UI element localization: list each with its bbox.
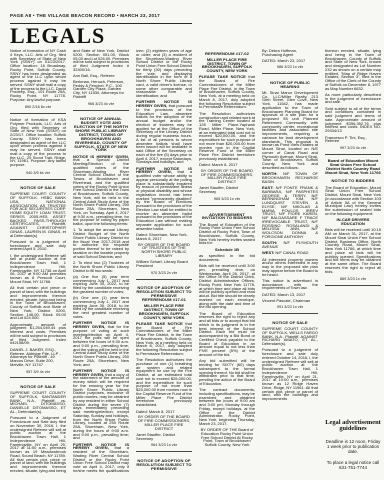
- notice-block-footer: 966 3/23 4x vbr: [73, 102, 129, 111]
- notice-block-heading: NOTICE TO BIDDERS: [325, 179, 381, 183]
- notice-block-body: Pursuant to a Judgment of Foreclosure an…: [10, 416, 66, 473]
- notice-block-body: FURTHER NOTICE IS HEREBY GIVEN, that for…: [73, 321, 129, 366]
- notice-block-heading: NOTICE OF PUBLIC HEARING: [262, 81, 318, 89]
- notice-block-signoff: Dated: Shoreham, New York, March 8, 2017: [136, 233, 192, 241]
- notice-block-signoff: Janet Stauffer, District Secretary: [199, 186, 255, 194]
- notice-block-heading: NOTICE OF SALE: [10, 186, 66, 190]
- legals-masthead-title: LEGALS: [10, 23, 105, 49]
- notice-block-signoff: Dated: March 8, 2017: [136, 410, 192, 414]
- notice-block-body: as specified in the bid documents.: [199, 254, 255, 262]
- notice-block-body: Approximate amount of judgment $1,254,04…: [10, 323, 66, 346]
- notice-block-body: Bids will be received until 3:00 pm, pre…: [199, 264, 255, 309]
- notice-block-footer: 964 3/23 1x vbr: [136, 443, 192, 452]
- notice-lead-phrase: NOTICE IS HEREBY GIVEN,: [73, 154, 129, 159]
- notice-block-body: PLEASE TAKE NOTICE that the Board of Fir…: [199, 75, 255, 109]
- notice-block-body: The contract documents, including specif…: [199, 388, 255, 426]
- notice-block-heading: NOTICE OF ANNUAL BUDGET VOTE AND ELECTIO…: [73, 117, 129, 152]
- legal-column-4: REFERENDUM #17-02MILLER PLACE FIRE DISTR…: [199, 49, 255, 473]
- notice-block-centerbold: IN-CAR DRIVERS EDUCATION: [325, 218, 381, 226]
- notice-block-footer: 889 3/23 1x vbr: [325, 277, 381, 286]
- notice-block-body: I, the undersigned Referee will sell at …: [10, 254, 66, 284]
- notice-block-body: All interested property owners and/or ot…: [262, 258, 318, 277]
- page-header: PAGE A8 • THE VILLAGE BEACON RECORD • MA…: [10, 13, 310, 18]
- legal-column-5: By: Debra Hoffman, Purchasing AgentDATED…: [262, 49, 318, 473]
- notice-lead-phrase: FURTHER NOTICE IS HEREBY GIVEN,: [136, 99, 192, 108]
- notice-block-body: (b) One one (1) year term commencing Jul…: [73, 296, 129, 319]
- notice-block-body: Pursuant to a judgment of foreclosure an…: [262, 348, 318, 401]
- notice-block-body: izen; (2) eighteen years of age or older…: [136, 49, 192, 98]
- notice-block-center: BY ORDER OF THE BOARD OF FIRE COMMISSION…: [199, 169, 255, 184]
- notice-block-body: Any bid submitted will be binding for SI…: [199, 359, 255, 385]
- notice-block-signoff: Francesco P. Tini, Esq., Referee: [325, 136, 381, 144]
- notice-lead-phrase: FURTHER NOTICE IS HEREBY GIVEN,: [73, 320, 129, 329]
- notice-block-body: Bids will be received until 10:15 AM on …: [325, 228, 381, 273]
- notice-block-body: Pursuant to a judgment of foreclosure an…: [10, 240, 66, 251]
- notice-block-body: Notice of formation of KSA Polymer Produ…: [10, 118, 66, 167]
- notice-block-body: FURTHER NOTICE IS HEREBY GIVEN, that a r…: [73, 443, 129, 473]
- notice-block-footer: 890 2/16 6x vbr: [10, 105, 66, 114]
- notice-block-signoff: Dated: March 8, 2017: [199, 163, 255, 167]
- notice-block-signoff: By: Debra Hoffman, Purchasing Agent: [262, 49, 318, 57]
- notice-block-body: As more particularly described in the ju…: [325, 93, 381, 104]
- notice-block-heading: NOTICE OF SALE: [262, 321, 318, 325]
- legal-notice-columns: Notice of formation of NY Cash 4 Keys, L…: [10, 49, 382, 473]
- notice-block-body: Notice of formation of NY Cash 4 Keys, L…: [10, 49, 66, 102]
- legal-guidelines-title: Legal advertisement guidelines: [325, 414, 381, 433]
- notice-block-centerbold: Schedule 1B: [199, 248, 255, 252]
- notice-block-footer: 940 3/9 6x vbr: [10, 171, 66, 180]
- notice-block-heading: REFERENDUM #17-02: [199, 52, 255, 56]
- notice-block-footer: 986 3/23 1x vbr: [262, 65, 318, 74]
- notice-lead-phrase: FURTHER NOTICE IS HEREBY GIVEN,: [136, 166, 192, 175]
- notice-block-body: The Resolution authorizes construction a…: [199, 112, 255, 161]
- notice-block-subhead: MILLER PLACE FIRE DISTRICT, TOWN OF BROO…: [199, 58, 255, 74]
- notice-block-body: 1. To adopt the annual Library District …: [73, 228, 129, 258]
- notice-lead-phrase: FURTHER NOTICE IS HEREBY GIVEN,: [73, 368, 129, 377]
- notice-lead-phrase: EAST:: [262, 185, 276, 190]
- notice-block-center: BY ORDER OF THE BOARD OF FIRE COMMISSION…: [136, 415, 192, 430]
- notice-block-body: All that certain plot piece or parcel of…: [10, 286, 66, 320]
- notice-block-body: The Board of Education, Mount Sinai Unio…: [325, 186, 381, 216]
- legal-guidelines-text: Deadline is 12 noon, Friday 1 week prior…: [325, 439, 381, 454]
- notice-block-body: SUPREME COURT COUNTY OF SUFFOLK, SANTAND…: [10, 391, 66, 414]
- notice-block-body: This notice is advertised in accordance …: [262, 279, 318, 290]
- notice-block-signoff: Ann Ball, Esq., Referee: [73, 74, 129, 78]
- notice-block-subhead: Board of Education Mount Sinai Union Fre…: [325, 159, 381, 175]
- notice-block-body: NORTH: N/F TOWN OF BROOKHAVEN RECHARGE B…: [262, 172, 318, 183]
- notice-block-body: 2. To elect two (2) Trustees of the Nort…: [73, 261, 129, 272]
- notice-block-body: thereon erected, situate, lying and bein…: [325, 49, 381, 90]
- notice-block-body: NOTICE IS HEREBY GIVEN, that a Special D…: [73, 155, 129, 226]
- notice-block-body: FURTHER NOTICE IS HEREBY GIVEN, that a q…: [136, 167, 192, 231]
- notice-lead-phrase: WEST:: [262, 250, 275, 255]
- notice-block-body: and State of New York, District 0200, Se…: [73, 49, 129, 72]
- newspaper-legals-page: { "colors": { "paper": "#f7f7f4", "ink":…: [0, 0, 384, 480]
- notice-block-body: The Resolution authorizes the purchase o…: [136, 358, 192, 407]
- notice-block-body: WEST: N/F CANAL ROAD: [262, 251, 318, 255]
- legal-column-1: Notice of formation of NY Cash 4 Keys, L…: [10, 49, 66, 473]
- legal-guidelines-text: To place a legal notice call 631-751-774…: [325, 460, 381, 470]
- notice-block-footer: 997 3/23 4x vbr: [325, 146, 381, 155]
- notice-block-body: The Board of Education of the Rocky Poin…: [199, 223, 255, 246]
- notice-block-footer: 970 3/23 2x vbr: [136, 271, 192, 280]
- notice-block-signoff: Berkman, Henoch, Peterson, Peddy & Fench…: [73, 80, 129, 99]
- notice-block-body: SUPREME COURT: COUNTY OF SUFFOLK. HSBC B…: [10, 192, 66, 237]
- notice-block-signoff: DATED: March 23, 2017: [262, 59, 318, 63]
- notice-block-body: FURTHER NOTICE IS HEREBY GIVEN, that a c…: [73, 369, 129, 440]
- notice-block-signoff: DATED: March 13, 2017: [262, 293, 318, 297]
- notice-block-body: Sold subject to all of the terms and con…: [325, 107, 381, 133]
- notice-block-signoff: Janet Stauffer, District Secretary: [136, 433, 192, 441]
- notice-block-body: Mt. Sinai Manor Development Co., LLC/Mil…: [262, 91, 318, 170]
- notice-lead-phrase: PLEASE TAKE NOTICE: [199, 74, 248, 79]
- notice-lead-phrase: PLEASE TAKE NOTICE: [136, 321, 185, 326]
- notice-block-heading: NOTICE OF SALE: [10, 385, 66, 389]
- legal-column-6: thereon erected, situate, lying and bein…: [325, 49, 381, 473]
- notice-block-signoff: William Scharf, Library Board President: [136, 260, 192, 268]
- notice-block-center: BY ORDER OF THE BOARD OF TRUSTEES OF THE…: [136, 243, 192, 258]
- notice-lead-phrase: SOUTH:: [262, 240, 283, 245]
- notice-block-body: The Board of Education reserves the righ…: [199, 312, 255, 357]
- notice-block-footer: 991 3/23 1x vbr: [262, 305, 318, 314]
- notice-block-footer: 965 3/23 1x vbr: [199, 197, 255, 206]
- notice-lead-phrase: NORTH:: [262, 171, 283, 176]
- notice-block-body: SOUTH: N/F PLYMOUTH AVENUE: [262, 241, 318, 249]
- notice-block-signoff: Vincent Pascale, Chairman: [262, 299, 318, 303]
- notice-lead-phrase: FURTHER NOTICE IS HEREBY GIVEN,: [73, 442, 129, 451]
- notice-block-heading: NOTICE OF ADOPTION OF RESOLUTION SUBJECT…: [136, 459, 192, 471]
- notice-block-body: (a) One five (5) year term commencing Ju…: [73, 275, 129, 294]
- legal-column-2: and State of New York, District 0200, Se…: [73, 49, 129, 473]
- notice-block-body: FURTHER NOTICE IS HEREBY GIVEN, that pur…: [136, 100, 192, 164]
- notice-block-body: EAST: N/F FONTE FRANK & BARBARA, N/F PAS…: [262, 186, 318, 239]
- notice-block-subhead: MILLER PLACE FIRE DISTRICT, TOWN OF BROO…: [136, 304, 192, 320]
- notice-block-center: BY ORDER OF THE Board of Education Rocky…: [199, 428, 255, 447]
- notice-block-heading: NOTICE OF ADOPTION OF RESOLUTION SUBJECT…: [136, 286, 192, 302]
- notice-block-body: PLEASE TAKE NOTICE that the Board of Fir…: [136, 322, 192, 356]
- notice-block-body: SUPREME COURT COUNTY OF SUFFOLK, WELLS F…: [262, 327, 318, 346]
- notice-block-signoff: DANIEL J. BAKER, ESQ., Referee. Aldridge…: [10, 348, 66, 367]
- notice-block-heading: ADVERTISEMENT INVITATION TO BIDDERS: [199, 213, 255, 221]
- notice-block-footer: 957 3/9 4x vbr: [10, 370, 66, 379]
- legal-column-3: izen; (2) eighteen years of age or older…: [136, 49, 192, 473]
